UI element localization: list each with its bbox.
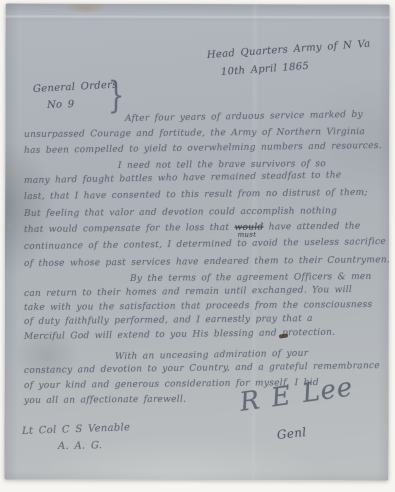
body-line: constancy and devotion to your Country, … bbox=[24, 361, 380, 376]
body-line: can return to their homes and remain unt… bbox=[24, 285, 352, 299]
body-line: unsurpassed Courage and fortitude, the A… bbox=[24, 127, 365, 140]
body-line: of duty faithfully performed, and I earn… bbox=[24, 314, 313, 327]
edit-pre: that would compensate for the loss that bbox=[24, 223, 229, 235]
body-line: many hard fought battles who have remain… bbox=[24, 170, 342, 186]
body-line: last, that I have consented to this resu… bbox=[24, 188, 368, 202]
body-line: take with you the satisfaction that proc… bbox=[24, 300, 373, 313]
body-line: But feeling that valor and devotion coul… bbox=[24, 206, 337, 219]
replacement-word: must bbox=[238, 231, 257, 239]
body-line: I need not tell the brave survivors of s… bbox=[118, 159, 326, 171]
body-line: you all an affectionate farewell. bbox=[24, 395, 186, 406]
struck-word: wouldmust bbox=[234, 222, 263, 232]
letterhead-line: Head Quarters Army of N Va bbox=[207, 39, 371, 61]
signature-rank: Genl bbox=[276, 425, 307, 442]
body-line-with-correction: that would compensate for the loss that … bbox=[24, 221, 361, 235]
order-title: General Orders bbox=[33, 80, 118, 95]
body-line: of those whose past services have endear… bbox=[24, 255, 390, 269]
order-number: No 9 bbox=[47, 99, 75, 111]
body-line: has been compelled to yield to overwhelm… bbox=[24, 141, 382, 156]
body-line: With an unceasing admiration of your bbox=[115, 349, 308, 362]
letterhead-date: 10th April 1865 bbox=[221, 61, 310, 78]
handwriting-layer: Head Quarters Army of N Va 10th April 18… bbox=[0, 0, 395, 492]
body-line: continuance of the contest, I determined… bbox=[24, 237, 386, 252]
edit-post: have attended the bbox=[269, 221, 361, 232]
body-line: After four years of arduous service mark… bbox=[125, 110, 363, 124]
order-brace: } bbox=[108, 73, 125, 117]
document-scan: Head Quarters Army of N Va 10th April 18… bbox=[0, 0, 395, 492]
attestation-title: A. A. G. bbox=[58, 440, 103, 452]
attestation-name: Lt Col C S Venable bbox=[22, 422, 131, 437]
body-line: Merciful God will extend to you His bles… bbox=[24, 328, 336, 342]
body-line: By the terms of the agreement Officers &… bbox=[130, 272, 372, 284]
